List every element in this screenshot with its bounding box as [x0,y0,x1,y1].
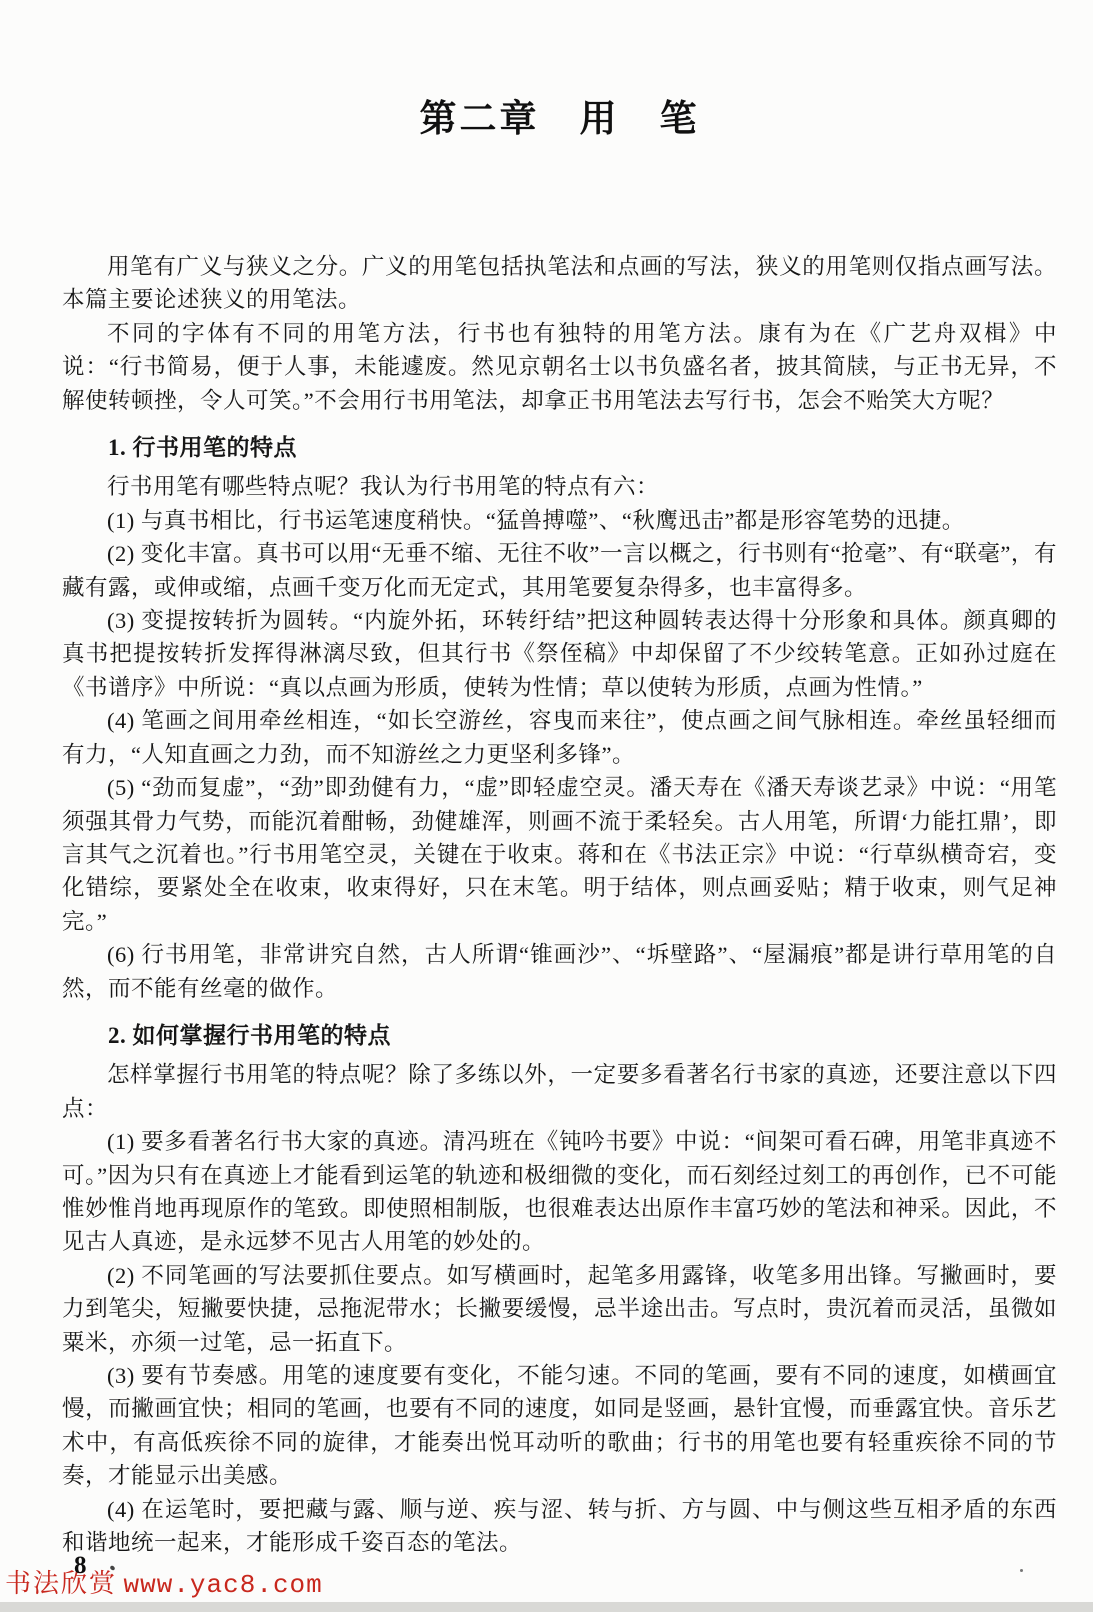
watermark: 书法欣赏 www.yac8.com [5,1563,323,1600]
paragraph-intro-2: 不同的字体有不同的用笔方法，行书也有独特的用笔方法。康有为在《广艺舟双楫》中说：… [62,317,1057,417]
paragraph-tip-2: (2) 不同笔画的写法要抓住要点。如写横画时，起笔多用露锋，收笔多用出锋。写撇画… [62,1259,1057,1359]
paragraph-point-3: (3) 变提按转折为圆转。“内旋外拓，环转纡结”把这种圆转表达得十分形象和具体。… [62,604,1057,704]
paragraph-point-2: (2) 变化丰富。真书可以用“无垂不缩、无往不收”一言以概之，行书则有“抢毫”、… [62,537,1057,604]
paragraph-point-5: (5) “劲而复虚”，“劲”即劲健有力，“虚”即轻虚空灵。潘天寿在《潘天寿谈艺录… [62,771,1057,938]
paragraph-point-6: (6) 行书用笔，非常讲究自然，古人所谓“锥画沙”、“坼壁路”、“屋漏痕”都是讲… [62,938,1057,1005]
chapter-title: 第二章 用 笔 [62,88,1057,142]
paragraph-tip-3: (3) 要有节奏感。用笔的速度要有变化，不能匀速。不同的笔画，要有不同的速度，如… [62,1359,1057,1493]
page-number: 8 [74,1552,87,1580]
scanned-book-page: 第二章 用 笔 用笔有广义与狭义之分。广义的用笔包括执笔法和点画的写法，狭义的用… [0,0,1093,1612]
paragraph-tip-4: (4) 在运笔时，要把藏与露、顺与逆、疾与涩、转与折、方与圆、中与侧这些互相矛盾… [62,1493,1057,1560]
page-content: 第二章 用 笔 用笔有广义与狭义之分。广义的用笔包括执笔法和点画的写法，狭义的用… [62,88,1057,1559]
section-heading-2: 2. 如何掌握行书用笔的特点 [62,1019,1057,1052]
paragraph-section2-lead: 怎样掌握行书用笔的特点呢？除了多练以外，一定要多看著名行书家的真迹，还要注意以下… [62,1058,1057,1125]
paragraph-point-1: (1) 与真书相比，行书运笔速度稍快。“猛兽搏噬”、“秋鹰迅击”都是形容笔势的迅… [62,504,1057,537]
watermark-site-name: 书法欣赏 [5,1569,117,1598]
paragraph-tip-1: (1) 要多看著名行书大家的真迹。清冯班在《钝吟书要》中说：“间架可看石碑，用笔… [62,1125,1057,1259]
paragraph-intro-1: 用笔有广义与狭义之分。广义的用笔包括执笔法和点画的写法，狭义的用笔则仅指点画写法… [62,250,1057,317]
scan-speck [1020,1569,1023,1572]
paragraph-section1-lead: 行书用笔有哪些特点呢？我认为行书用笔的特点有六： [62,470,1057,503]
section-heading-1: 1. 行书用笔的特点 [62,431,1057,464]
scan-bottom-edge [0,1602,1093,1612]
paragraph-point-4: (4) 笔画之间用牵丝相连，“如长空游丝，容曳而来往”，使点画之间气脉相连。牵丝… [62,704,1057,771]
watermark-url: www.yac8.com [124,1570,323,1600]
